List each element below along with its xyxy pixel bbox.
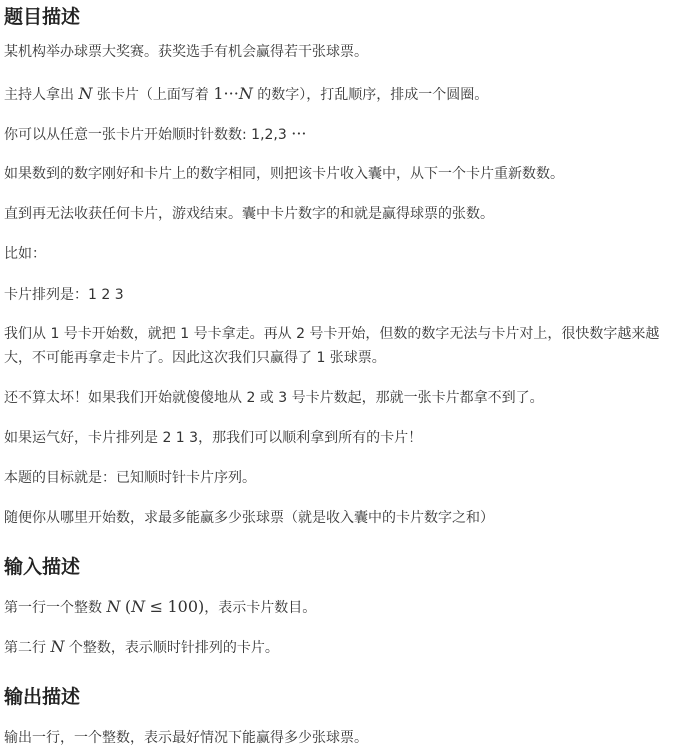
paragraph-lucky: 如果运气好，卡片排列是 2 1 3，那我们可以顺利拿到所有的卡片！	[4, 426, 422, 450]
math-leq: ≤	[150, 597, 163, 616]
section-heading-input: 输入描述	[4, 552, 80, 582]
paragraph-host-cards: 主持人拿出 N 张卡片（上面写着 1···N 的数字），打乱顺序，排成一个圆圈。	[4, 82, 488, 107]
paragraph-output: 输出一行，一个整数，表示最好情况下能赢得多少张球票。	[4, 726, 368, 750]
math-one: 1	[213, 84, 223, 103]
math-n: N	[106, 597, 120, 616]
paragraph-not-bad: 还不算太坏！如果我们开始就傻傻地从 2 或 3 号卡片数起，那就一张卡片都拿不到…	[4, 386, 544, 410]
math-100: 100	[167, 597, 198, 616]
paragraph-counting: 你可以从任意一张卡片开始顺时针数数: 1,2,3 ···	[4, 122, 307, 147]
section-heading-output: 输出描述	[4, 682, 80, 712]
paragraph-input-line2: 第二行 N 个整数，表示顺时针排列的卡片。	[4, 635, 279, 660]
math-n: N	[50, 637, 64, 656]
math-n: N	[131, 597, 145, 616]
paragraph-example-cards: 卡片排列是：1 2 3	[4, 283, 124, 307]
paragraph-input-line1: 第一行一个整数 N (N ≤ 100)，表示卡片数目。	[4, 595, 316, 620]
paragraph-game-end: 直到再无法收获任何卡片，游戏结束。囊中卡片数字的和就是赢得球票的张数。	[4, 202, 494, 226]
paragraph-example-walkthrough: 我们从 1 号卡开始数，就把 1 号卡拿走。再从 2 号卡开始，但数的数字无法与…	[4, 322, 681, 370]
math-n: N	[239, 84, 253, 103]
math-cdots: ···	[224, 84, 239, 103]
paragraph-intro: 某机构举办球票大奖赛。获奖选手有机会赢得若干张球票。	[4, 40, 368, 64]
paragraph-goal: 本题的目标就是：已知顺时针卡片序列。	[4, 466, 256, 490]
math-cdots: ···	[291, 124, 306, 143]
paragraph-example-label: 比如：	[4, 242, 46, 266]
paragraph-task: 随便你从哪里开始数，求最多能赢多少张球票（就是收入囊中的卡片数字之和）	[4, 506, 494, 530]
section-heading-description: 题目描述	[4, 2, 80, 32]
paragraph-match-rule: 如果数到的数字刚好和卡片上的数字相同，则把该卡片收入囊中，从下一个卡片重新数数。	[4, 162, 564, 186]
math-n: N	[78, 84, 92, 103]
